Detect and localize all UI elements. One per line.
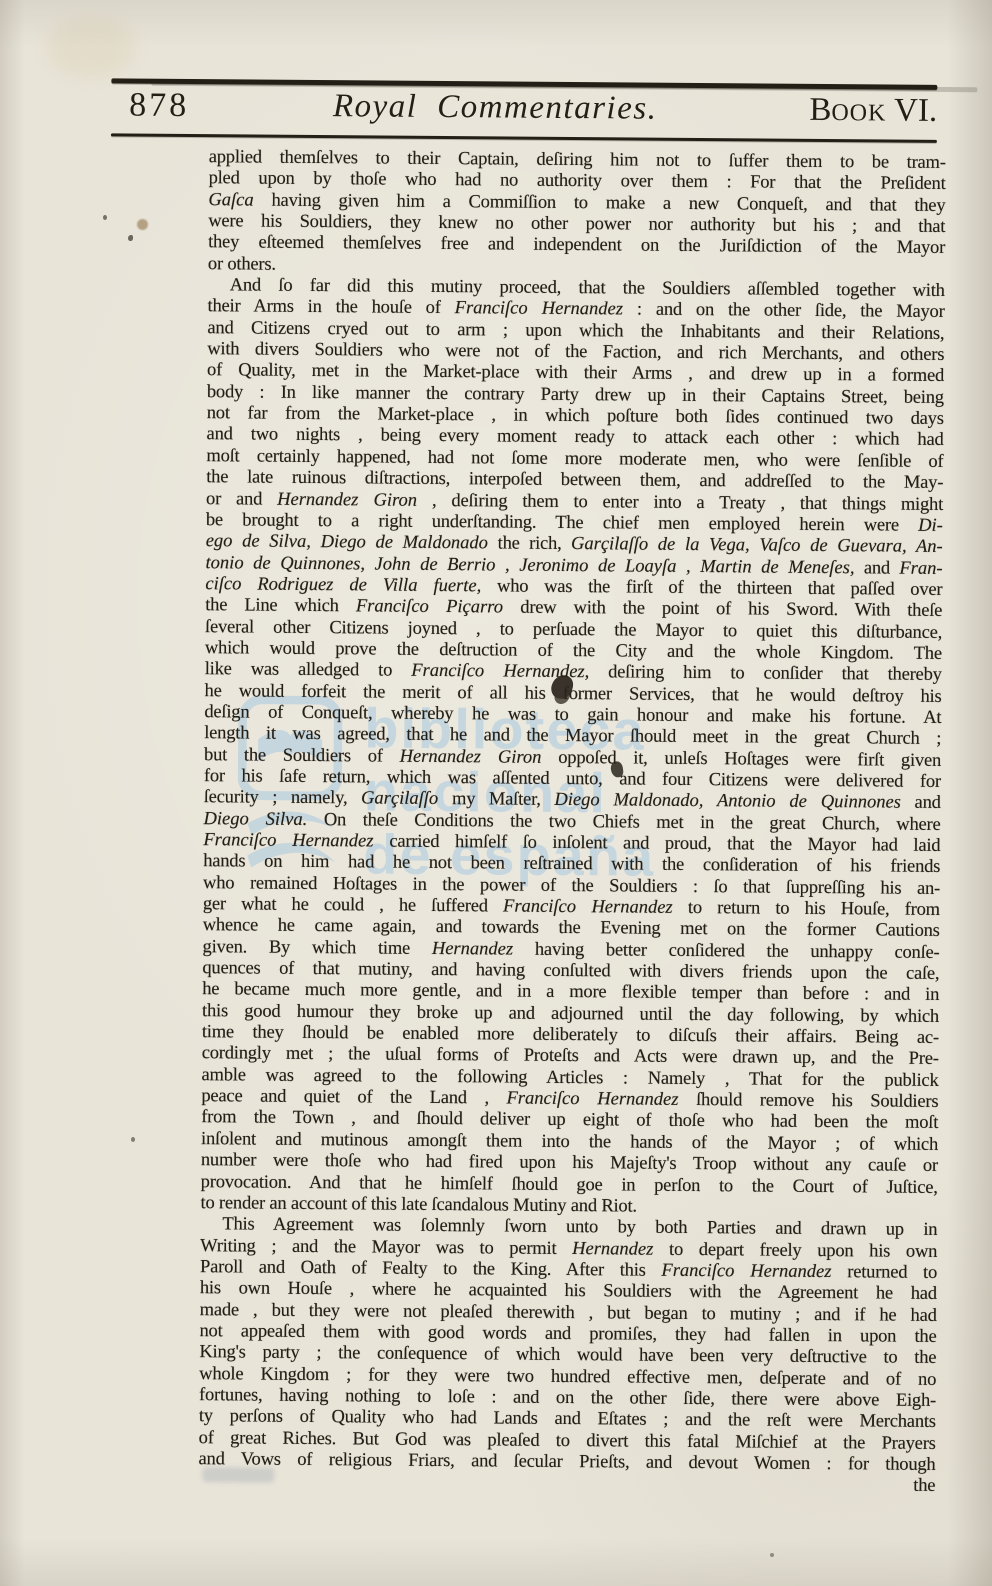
italic-text-segment: Diego Silva. <box>203 809 307 830</box>
book-label-smallcaps: OOK <box>831 100 886 126</box>
paper-speck <box>770 1553 774 1557</box>
italic-text-segment: Franciſco Hernandez <box>503 897 673 918</box>
text-segment: carried himſelf ſo inſolent and proud, t… <box>389 832 940 856</box>
text-segment: to depart freely upon his own <box>653 1239 937 1261</box>
italic-text-segment: Hernandez Giron <box>400 746 542 767</box>
text-segment: ſecurity ; namely, <box>204 787 361 808</box>
text-segment: : and on the other ſide, the Mayor <box>623 300 945 323</box>
text-segment: peace and quiet of the Land , <box>201 1086 506 1108</box>
italic-text-segment: Franciſco Hernandez <box>203 830 389 851</box>
text-segment: , deſiring them to enter into a Treaty ,… <box>417 490 943 514</box>
italic-text-segment: Diego Maldonado, Antonio de Quinnones <box>554 790 901 813</box>
page-text: applied themſelves to their Captain, deſ… <box>198 147 946 1497</box>
text-segment: the rich, <box>498 534 572 555</box>
text-segment: , deſiring him to conſider that thereby <box>585 662 942 685</box>
text-segment: given. By which time <box>202 937 431 959</box>
italic-text-segment: Gaſca <box>208 190 253 210</box>
text-segment: the <box>913 1476 935 1496</box>
italic-text-segment: Hernandez Giron <box>277 489 417 510</box>
text-segment: Writing ; and the Mayor was to permit <box>200 1236 572 1259</box>
italic-text-segment: ego de Silva, Diego de Maldonado <box>206 531 498 553</box>
text-segment: having better conſidered the unhappy con… <box>513 939 940 962</box>
italic-text-segment: Franciſco Hernandez <box>506 1089 678 1110</box>
text-segment: or and <box>206 489 277 510</box>
text-segment: and <box>854 558 899 578</box>
book-label-initial: B <box>809 92 831 128</box>
text-segment: like was alledged to <box>205 659 412 681</box>
italic-text-segment: Franciſco Piçarro <box>356 597 521 618</box>
text-segment: drew with the point of his Sword. With t… <box>520 598 942 621</box>
paper-speck <box>131 1137 135 1142</box>
book-label-numeral: VI. <box>886 92 937 128</box>
header-rule-bottom <box>111 133 937 142</box>
book-label: BOOK VI. <box>809 94 937 128</box>
text-segment: ſhould remove his Souldiers <box>678 1090 938 1112</box>
italic-text-segment: Fran- <box>899 558 942 578</box>
italic-text-segment: Hernandez <box>432 939 513 960</box>
italic-text-segment: Hernandez <box>572 1239 653 1260</box>
italic-text-segment: Franciſco Hernandez <box>455 299 623 320</box>
text-segment: the Line which <box>205 595 356 616</box>
text-segment: oppoſed it, unleſs Hoſtages were firſt g… <box>541 747 941 770</box>
italic-text-segment: Garçilaſſo <box>361 789 452 810</box>
paper-speck <box>103 215 107 220</box>
page-content: biblioteca nacional de españa 878 Royal … <box>0 0 992 1586</box>
text-segment: or others. <box>208 254 276 275</box>
text-segment: to render an account of this late ſcanda… <box>200 1193 636 1216</box>
header-rule-top <box>111 78 937 89</box>
text-segment: who was the firſt of the thirteen that p… <box>481 576 942 600</box>
text-segment: ger what he could , he ſuffered <box>203 894 503 916</box>
text-segment: Paroll and Oath of Fealty to the King. A… <box>200 1257 662 1281</box>
italic-text-segment: ciſco Rodriguez de Villa fuerte, <box>205 574 481 596</box>
corner-stain <box>46 18 136 78</box>
text-segment: their Arms in the houſe of <box>208 297 455 319</box>
italic-text-segment: Di- <box>918 516 943 536</box>
text-segment: to return to his Houſe, from <box>673 898 940 920</box>
italic-text-segment: Garçilaſſo de la Vega, Vaſco de Guevara,… <box>571 534 943 557</box>
paper-speck <box>128 235 133 241</box>
text-segment: returned to <box>831 1262 937 1283</box>
book-page-scan: biblioteca nacional de españa 878 Royal … <box>0 0 992 1586</box>
text-segment: but the Souldiers of <box>204 745 400 767</box>
text-segment: my Maſter, <box>452 789 555 810</box>
foxing-stain <box>137 219 148 230</box>
text-segment: and <box>901 793 941 813</box>
italic-text-segment: Franciſco Hernandez <box>661 1261 831 1282</box>
